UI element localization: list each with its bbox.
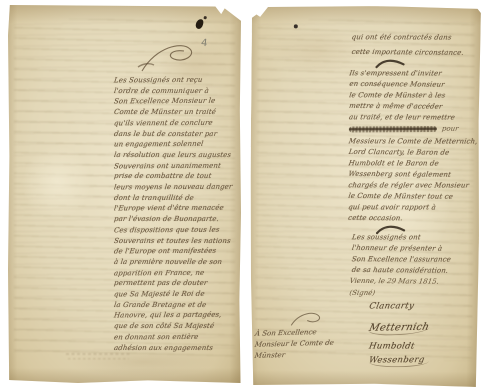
right-page-body-2-7: cette occasion. [347,213,475,225]
left-page-text-2: Son Excellence Monsieur le [113,96,239,107]
left-page-text-20: que Sa Majesté le Roi de [113,289,239,300]
manuscript-page-left: 4 Les Soussignés ont reçul'ordre de comm… [8,5,241,383]
right-page-body-1-3: mettre à même d'accéder [348,101,476,113]
page-number-mark: 4 [200,38,207,50]
right-page-body-2-4: chargés de régler avec Monsieur [348,180,476,191]
left-page-text: Les Soussignés ont reçul'ordre de commun… [114,75,238,353]
signatures-0: Clancarty [368,301,430,311]
left-page-text-14: Ces dispositions que tous les [113,224,239,235]
struck-out-text: pour [349,125,471,134]
right-page-closing-text: Les soussignés ontl'honneur de présenter… [352,232,474,277]
left-page-text-8: Souverains ont unanimement [113,160,239,171]
left-page-text-19: permettent pas de douter [113,278,239,289]
manuscript-page-right: qui ont été contractés danscette importa… [249,5,481,387]
signed-label: (Signé) [349,289,376,297]
right-page-opening-text: qui ont été contractés danscette importa… [352,30,474,60]
left-page-text-17: à la première nouvelle de son [113,257,239,268]
right-page-opening-text-0: qui ont été contractés dans [351,30,475,45]
opening-flourish [136,41,206,77]
left-page-text-13: par l'évasion de Buonaparte. [113,214,239,225]
left-page-text-4: qu'ils viennent de conclure [113,117,239,128]
right-page-body-2-5: le Comte de Münster tout ce [348,191,476,203]
right-page-body-2-0: Messieurs le Comte de Metternich, [348,136,476,147]
left-page-text-16: de l'Europe ont manifestées [113,246,239,257]
right-page-closing-text-0: Les soussignés ont [351,232,475,243]
left-page-text-15: Souverains et toutes les nations [113,236,239,247]
left-page-text-25: adhésion aux engagements [113,343,239,354]
scanned-manuscript-image: { "document": { "description": "Scan of … [0,0,500,389]
signatures-3: Wessenberg [368,355,430,367]
right-page-closing-text-1: l'honneur de présenter à [351,243,475,255]
embossed-stamp [66,351,132,363]
signatures-1: Metternich [367,322,430,336]
left-page-text-22: Hanovre, qui les a partagées, [113,310,239,321]
strikethrough-scribble [349,126,437,132]
left-page-text-6: un engagement solennel [113,139,239,150]
right-page-body-2-6: qui peut avoir rapport à [347,202,475,213]
signatures: ClancartyMetternichHumboldtWessenberg [369,301,429,368]
left-page-text-12: l'Europe vient d'être menacée [113,203,239,214]
ink-dot [294,24,298,28]
right-page-body-2-2: Humboldt et le Baron de [348,158,476,169]
left-page-text-3: Comte de Münster un traité [113,107,239,118]
right-page-opening-text-1: cette importante circonstance. [351,44,475,60]
left-page-text-5: dans le but de constater par [113,129,239,140]
right-page-body-1-4: au traité, et de leur remettre [348,112,476,123]
right-page-body-2: Messieurs le Comte de Metternich,Lord Cl… [348,136,475,225]
right-page-closing-text-3: de sa haute considération. [351,265,475,277]
right-page-body-2-1: Lord Clancarty, le Baron de [348,147,476,159]
right-page-body-1-0: Ils s'empressent d'inviter [349,68,477,79]
address-block-2: Münster [254,348,356,362]
left-page-text-0: Les Soussignés ont reçu [113,75,239,86]
right-page-body-1: Ils s'empressent d'inviteren conséquence… [349,68,475,124]
right-page-body-1-2: le Comte de Münster à les [348,90,476,101]
right-page-body-2-3: Wessenberg sont également [348,169,476,181]
left-page-text-23: que de son côté Sa Majesté [113,321,239,332]
right-page-body-1-1: en conséquence Monsieur [348,79,476,91]
left-page-text-24: en donnant son entière [113,331,239,342]
address-block: À Son ExcellenceMonsieur le Comte deMüns… [255,327,355,361]
dateline: Vienne, le 29 Mars 1815. [349,277,440,286]
address-flourish [289,310,323,328]
struck-line-tail: pour [441,125,459,133]
signatures-2: Humboldt [368,341,429,351]
left-page-text-7: la résolution que leurs augustes [113,150,239,161]
left-page-text-10: leurs moyens le nouveau danger [113,182,239,193]
left-page-text-9: prise de combattre de tout [113,171,239,182]
right-page-closing-text-2: Son Excellence l'assurance [351,254,475,265]
